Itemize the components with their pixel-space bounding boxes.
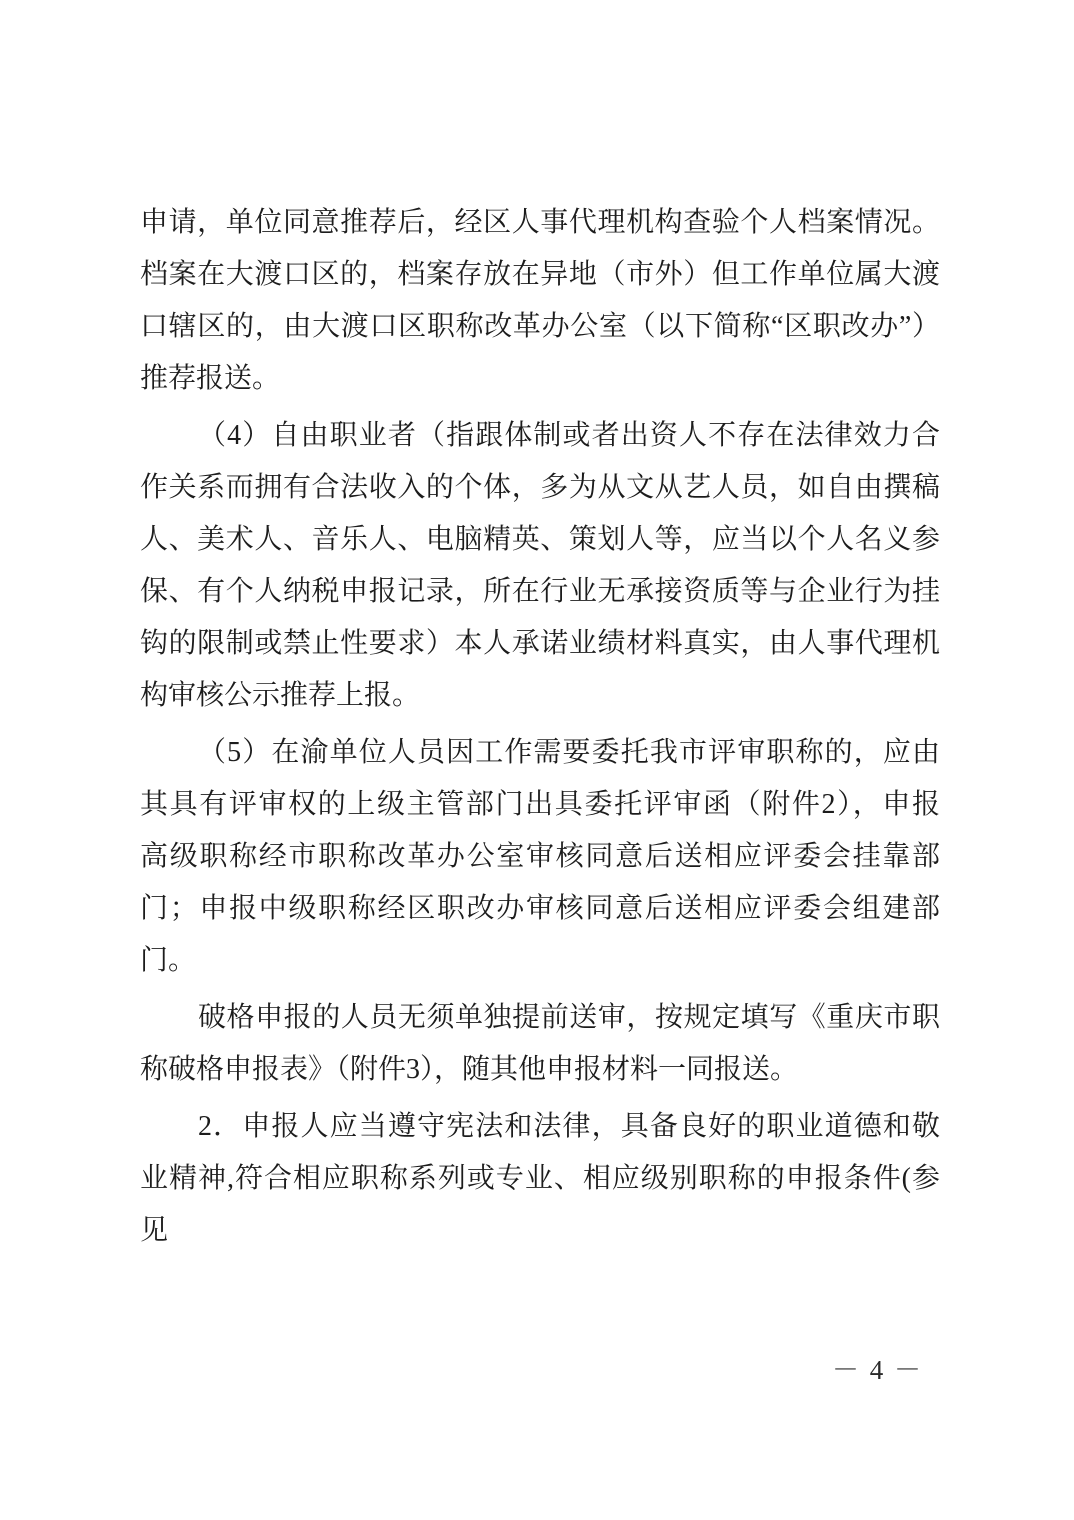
paragraph-2: （4）自由职业者（指跟体制或者出资人不存在法律效力合作关系而拥有合法收入的个体，…	[140, 410, 940, 722]
text-line: 档案在大渡口区的，档案存放在异地（市外）但工作单位属大渡	[140, 249, 940, 301]
text-line: （4）自由职业者（指跟体制或者出资人不存在法律效力合	[140, 410, 940, 462]
document-page: 申请，单位同意推荐后，经区人事代理机构查验个人档案情况。档案在大渡口区的，档案存…	[0, 0, 1074, 1520]
text-line: （5）在渝单位人员因工作需要委托我市评审职称的，应由	[140, 727, 940, 779]
text-line: 2．申报人应当遵守宪法和法律，具备良好的职业道德和敬	[140, 1101, 940, 1153]
text-line: 见	[140, 1205, 940, 1257]
text-line: 门；申报中级职称经区职改办审核同意后送相应评委会组建部	[140, 883, 940, 935]
text-line: 钩的限制或禁止性要求）本人承诺业绩材料真实，由人事代理机	[140, 618, 940, 670]
text-line: 门。	[140, 935, 940, 987]
text-line: 构审核公示推荐上报。	[140, 670, 940, 722]
text-line: 破格申报的人员无须单独提前送审，按规定填写《重庆市职	[140, 992, 940, 1044]
text-line: 其具有评审权的上级主管部门出具委托评审函（附件2），申报	[140, 779, 940, 831]
paragraph-4: 破格申报的人员无须单独提前送审，按规定填写《重庆市职称破格申报表》（附件3），随…	[140, 992, 940, 1096]
page-number: － 4 －	[832, 1355, 923, 1385]
text-line: 人、美术人、音乐人、电脑精英、策划人等，应当以个人名义参	[140, 514, 940, 566]
text-line: 称破格申报表》（附件3），随其他申报材料一同报送。	[140, 1044, 940, 1096]
text-line: 保、有个人纳税申报记录，所在行业无承接资质等与企业行为挂	[140, 566, 940, 618]
text-line: 口辖区的，由大渡口区职称改革办公室（以下简称“区职改办”）	[140, 301, 940, 353]
text-line: 推荐报送。	[140, 353, 940, 405]
document-body: 申请，单位同意推荐后，经区人事代理机构查验个人档案情况。档案在大渡口区的，档案存…	[140, 197, 940, 1257]
text-line: 业精神,符合相应职称系列或专业、相应级别职称的申报条件(参	[140, 1153, 940, 1205]
paragraph-1: 申请，单位同意推荐后，经区人事代理机构查验个人档案情况。档案在大渡口区的，档案存…	[140, 197, 940, 405]
page-footer: － 4 －	[140, 1350, 923, 1390]
text-line: 申请，单位同意推荐后，经区人事代理机构查验个人档案情况。	[140, 197, 940, 249]
paragraph-5: 2．申报人应当遵守宪法和法律，具备良好的职业道德和敬业精神,符合相应职称系列或专…	[140, 1101, 940, 1257]
text-line: 高级职称经市职称改革办公室审核同意后送相应评委会挂靠部	[140, 831, 940, 883]
text-line: 作关系而拥有合法收入的个体，多为从文从艺人员，如自由撰稿	[140, 462, 940, 514]
paragraph-3: （5）在渝单位人员因工作需要委托我市评审职称的，应由其具有评审权的上级主管部门出…	[140, 727, 940, 987]
